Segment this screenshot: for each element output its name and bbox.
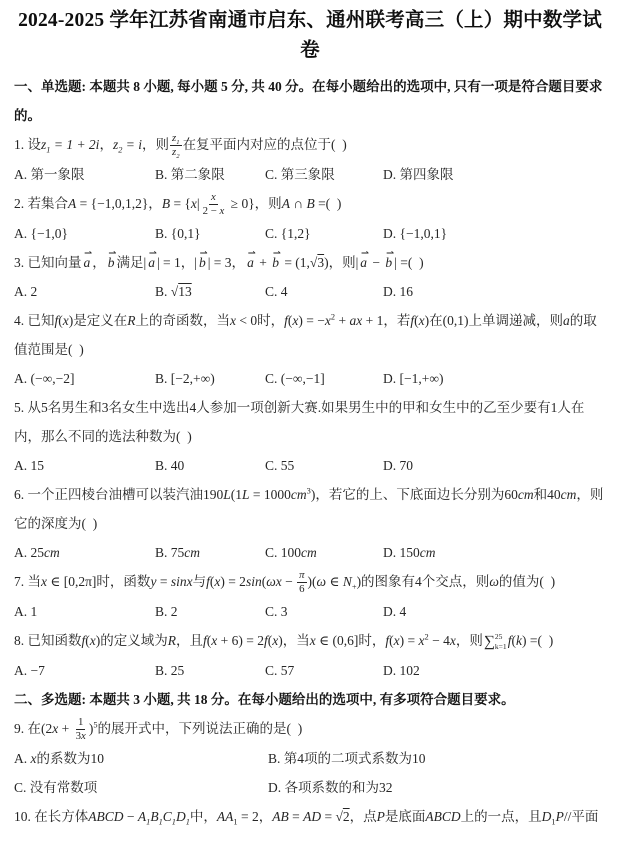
option: D. [−1,+∞) — [383, 364, 606, 393]
option: C. 57 — [265, 656, 383, 685]
option: A. 2 — [14, 277, 155, 306]
option: D. 第四象限 — [383, 160, 606, 189]
option-row: A. (−∞,−2]B. [−2,+∞)C. (−∞,−1]D. [−1,+∞) — [14, 364, 606, 393]
question-text: 8. 已知函数f(x)的定义域为R，且f(x + 6) = 2f(x)，当x ∈… — [14, 626, 606, 656]
option: C. 3 — [265, 597, 383, 626]
exam-document: 2024-2025 学年江苏省南通市启东、通州联考高三（上）期中数学试卷 一、单… — [0, 0, 620, 841]
question-text: 2. 若集合A = {−1,0,1,2}，B = {x|x2 − x ≥ 0}，… — [14, 189, 606, 219]
option: C. 第三象限 — [265, 160, 383, 189]
option: B. [−2,+∞) — [155, 364, 265, 393]
document-body: 一、单选题: 本题共 8 小题, 每小题 5 分, 共 40 分。在每小题给出的… — [14, 72, 606, 831]
option: A. 1 — [14, 597, 155, 626]
option: B. 第二象限 — [155, 160, 265, 189]
option: B. 40 — [155, 451, 265, 480]
option: C. 100cm — [265, 538, 383, 567]
option: B. 第4项的二项式系数为10 — [268, 744, 606, 773]
option-row: A. 15B. 40C. 55D. 70 — [14, 451, 606, 480]
question-text: 1. 设z1 = 1 + 2i，z2 = i，则z1z2在复平面内对应的点位于(… — [14, 130, 606, 160]
option-row: A. {−1,0}B. {0,1}C. {1,2}D. {−1,0,1} — [14, 219, 606, 248]
question-text: 4. 已知f(x)是定义在R上的奇函数，当x < 0时，f(x) = −x2 +… — [14, 306, 606, 364]
option: C. 55 — [265, 451, 383, 480]
option: B. 2 — [155, 597, 265, 626]
option: D. 16 — [383, 277, 606, 306]
option: D. {−1,0,1} — [383, 219, 606, 248]
question-text: 9. 在(2x + 13x)5的展开式中，下列说法正确的是( ) — [14, 714, 606, 744]
option-row: A. 2B. √13C. 4D. 16 — [14, 277, 606, 306]
option-row: A. 第一象限B. 第二象限C. 第三象限D. 第四象限 — [14, 160, 606, 189]
option: D. 102 — [383, 656, 606, 685]
exam-page: { "page": { "background_color": "#ffffff… — [0, 0, 620, 841]
option: B. 75cm — [155, 538, 265, 567]
option: D. 各项系数的和为32 — [268, 773, 606, 802]
option: A. 25cm — [14, 538, 155, 567]
question-text: 6. 一个正四棱台油槽可以装汽油190L(1L = 1000cm3)，若它的上、… — [14, 480, 606, 538]
option-row: A. 25cmB. 75cmC. 100cmD. 150cm — [14, 538, 606, 567]
question-text: 10. 在长方体ABCD − A1B1C1D1中，AA1 = 2，AB = AD… — [14, 802, 606, 831]
section-heading: 二、多选题: 本题共 3 小题, 共 18 分。在每小题给出的选项中, 有多项符… — [14, 685, 606, 714]
option: A. x的系数为10 — [14, 744, 268, 773]
option: A. (−∞,−2] — [14, 364, 155, 393]
option: D. 150cm — [383, 538, 606, 567]
option-row: A. 1B. 2C. 3D. 4 — [14, 597, 606, 626]
option: B. 25 — [155, 656, 265, 685]
question-text: 5. 从5名男生和3名女生中选出4人参加一项创新大赛.如果男生中的甲和女生中的乙… — [14, 393, 606, 451]
option: A. 15 — [14, 451, 155, 480]
option: D. 70 — [383, 451, 606, 480]
option: D. 4 — [383, 597, 606, 626]
option: A. 第一象限 — [14, 160, 155, 189]
option-row: A. x的系数为10B. 第4项的二项式系数为10C. 没有常数项D. 各项系数… — [14, 744, 606, 802]
option: C. (−∞,−1] — [265, 364, 383, 393]
question-text: 7. 当x ∈ [0,2π]时，函数y = sinx与f(x) = 2sin(ω… — [14, 567, 606, 597]
option: C. 没有常数项 — [14, 773, 268, 802]
question-text: 3. 已知向量a，b满足|a| = 1，|b| = 3，a + b = (1,√… — [14, 248, 606, 277]
option: A. −7 — [14, 656, 155, 685]
document-title: 2024-2025 学年江苏省南通市启东、通州联考高三（上）期中数学试卷 — [14, 6, 606, 66]
option: B. √13 — [155, 277, 265, 306]
option-row: A. −7B. 25C. 57D. 102 — [14, 656, 606, 685]
section-heading: 一、单选题: 本题共 8 小题, 每小题 5 分, 共 40 分。在每小题给出的… — [14, 72, 606, 130]
option: C. 4 — [265, 277, 383, 306]
